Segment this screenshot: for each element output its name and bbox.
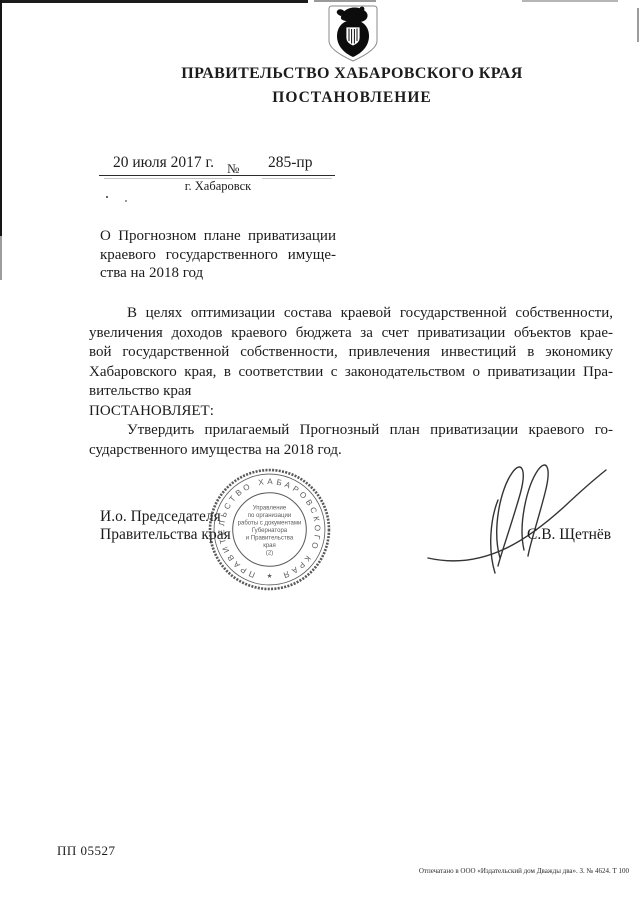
stamp-star-separator: ★ (267, 572, 273, 580)
scan-speck (106, 196, 108, 198)
document-header: ПРАВИТЕЛЬСТВО ХАБАРОВСКОГО КРАЯ ПОСТАНОВ… (64, 65, 640, 107)
subject-line: краевого государственного имуще- (100, 246, 336, 265)
doc-body: В целях оптимизации состава краевой госу… (89, 304, 613, 460)
stamp-center-line: Губернатора (252, 528, 288, 534)
stamp-center-line: по организации (248, 513, 291, 519)
scan-speck (125, 200, 127, 202)
doc-number: 285-пр (268, 154, 312, 172)
scan-artifact-right-line (637, 8, 639, 42)
scan-artifact-left-line (0, 0, 2, 236)
doc-subject: О Прогнозном плане приватизации краевого… (100, 227, 336, 283)
document-page: ПРАВИТЕЛЬСТВО ХАБАРОВСКОГО КРАЯ ПОСТАНОВ… (0, 0, 640, 905)
doc-type-title: ПОСТАНОВЛЕНИЕ (64, 89, 640, 107)
official-round-stamp: ПРАВИТЕЛЬСТВО ХАБАРОВСКОГО КРАЯ ★ Управл… (207, 467, 332, 592)
khabarovsk-krai-coat-of-arms-icon (328, 5, 378, 62)
scan-artifact-top-line (0, 0, 308, 3)
subject-line: ства на 2018 год (100, 264, 336, 283)
doc-registration-code: ПП 05527 (57, 843, 116, 859)
doc-date: 20 июля 2017 г. (113, 154, 214, 172)
body-line: увеличения доходов краевого бюджета за с… (89, 324, 613, 344)
scan-artifact-left-line-2 (0, 236, 2, 280)
scan-artifact-top-line-3 (522, 0, 618, 2)
print-house-info: Отпечатано в ООО «Издательский дом Дважд… (419, 867, 629, 875)
stamp-center-line: работы с документами (238, 520, 302, 526)
body-line: вой государственной собственности, привл… (89, 343, 613, 363)
resolve-line: ПОСТАНОВЛЯЕТ: (89, 402, 613, 422)
doc-city: г. Хабаровск (158, 179, 278, 194)
handwritten-signature (400, 438, 635, 588)
body-line: В целях оптимизации состава краевой госу… (89, 304, 613, 324)
subject-line: О Прогнозном плане приватизации (100, 227, 336, 246)
date-underline (99, 175, 335, 176)
stamp-center-line: (2) (266, 551, 273, 557)
body-line: вительство края (89, 382, 613, 402)
body-line: Хабаровского края, в соответствии с зако… (89, 363, 613, 383)
stamp-center-line: Управление (253, 505, 287, 511)
stamp-center-line: и Правительства (246, 536, 294, 542)
scan-artifact-top-line-2 (314, 0, 376, 2)
stamp-center-line: края (263, 543, 276, 549)
org-name: ПРАВИТЕЛЬСТВО ХАБАРОВСКОГО КРАЯ (64, 65, 640, 83)
